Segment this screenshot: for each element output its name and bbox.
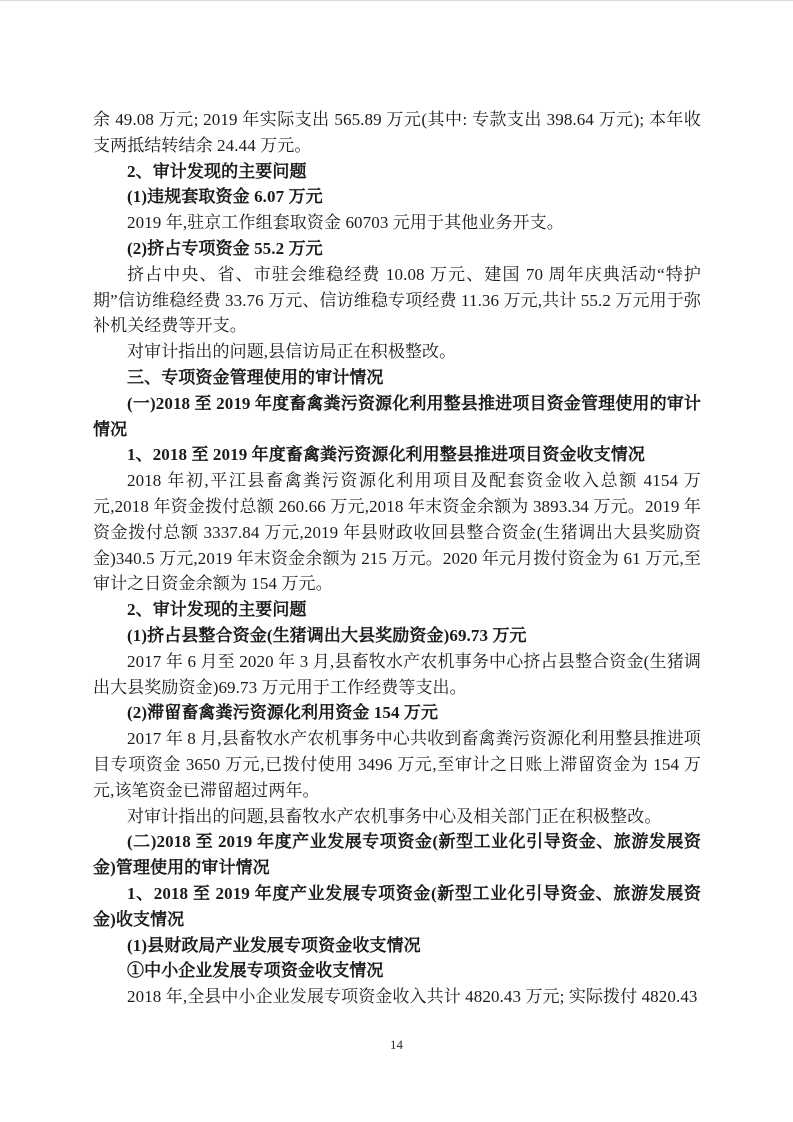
heading: (1)县财政局产业发展专项资金收支情况 bbox=[93, 933, 701, 959]
document-body: 余 49.08 万元; 2019 年实际支出 565.89 万元(其中: 专款支… bbox=[93, 107, 701, 1010]
heading: (2)挤占专项资金 55.2 万元 bbox=[93, 236, 701, 262]
heading: (1)挤占县整合资金(生猪调出大县奖励资金)69.73 万元 bbox=[93, 623, 701, 649]
heading: (一)2018 至 2019 年度畜禽粪污资源化利用整县推进项目资金管理使用的审… bbox=[93, 391, 701, 443]
heading: 2、审计发现的主要问题 bbox=[93, 159, 701, 185]
paragraph: 对审计指出的问题,县信访局正在积极整改。 bbox=[93, 339, 701, 365]
heading: 1、2018 至 2019 年度畜禽粪污资源化利用整县推进项目资金收支情况 bbox=[93, 442, 701, 468]
heading: ①中小企业发展专项资金收支情况 bbox=[93, 958, 701, 984]
paragraph: 2018 年,全县中小企业发展专项资金收入共计 4820.43 万元; 实际拨付… bbox=[93, 984, 701, 1010]
heading: (2)滞留畜禽粪污资源化利用资金 154 万元 bbox=[93, 700, 701, 726]
paragraph: 挤占中央、省、市驻会维稳经费 10.08 万元、建国 70 周年庆典活动“特护期… bbox=[93, 262, 701, 339]
paragraph: 余 49.08 万元; 2019 年实际支出 565.89 万元(其中: 专款支… bbox=[93, 107, 701, 159]
page-number: 14 bbox=[0, 1037, 793, 1053]
heading: 2、审计发现的主要问题 bbox=[93, 597, 701, 623]
paragraph: 2017 年 8 月,县畜牧水产农机事务中心共收到畜禽粪污资源化利用整县推进项目… bbox=[93, 726, 701, 803]
paragraph: 2018 年初,平江县畜禽粪污资源化利用项目及配套资金收入总额 4154 万元,… bbox=[93, 468, 701, 597]
document-page: 余 49.08 万元; 2019 年实际支出 565.89 万元(其中: 专款支… bbox=[0, 0, 793, 1122]
paragraph: 2019 年,驻京工作组套取资金 60703 元用于其他业务开支。 bbox=[93, 210, 701, 236]
heading: 1、2018 至 2019 年度产业发展专项资金(新型工业化引导资金、旅游发展资… bbox=[93, 881, 701, 933]
heading: (1)违规套取资金 6.07 万元 bbox=[93, 184, 701, 210]
heading: 三、专项资金管理使用的审计情况 bbox=[93, 365, 701, 391]
paragraph: 2017 年 6 月至 2020 年 3 月,县畜牧水产农机事务中心挤占县整合资… bbox=[93, 649, 701, 701]
paragraph: 对审计指出的问题,县畜牧水产农机事务中心及相关部门正在积极整改。 bbox=[93, 804, 701, 830]
heading: (二)2018 至 2019 年度产业发展专项资金(新型工业化引导资金、旅游发展… bbox=[93, 829, 701, 881]
